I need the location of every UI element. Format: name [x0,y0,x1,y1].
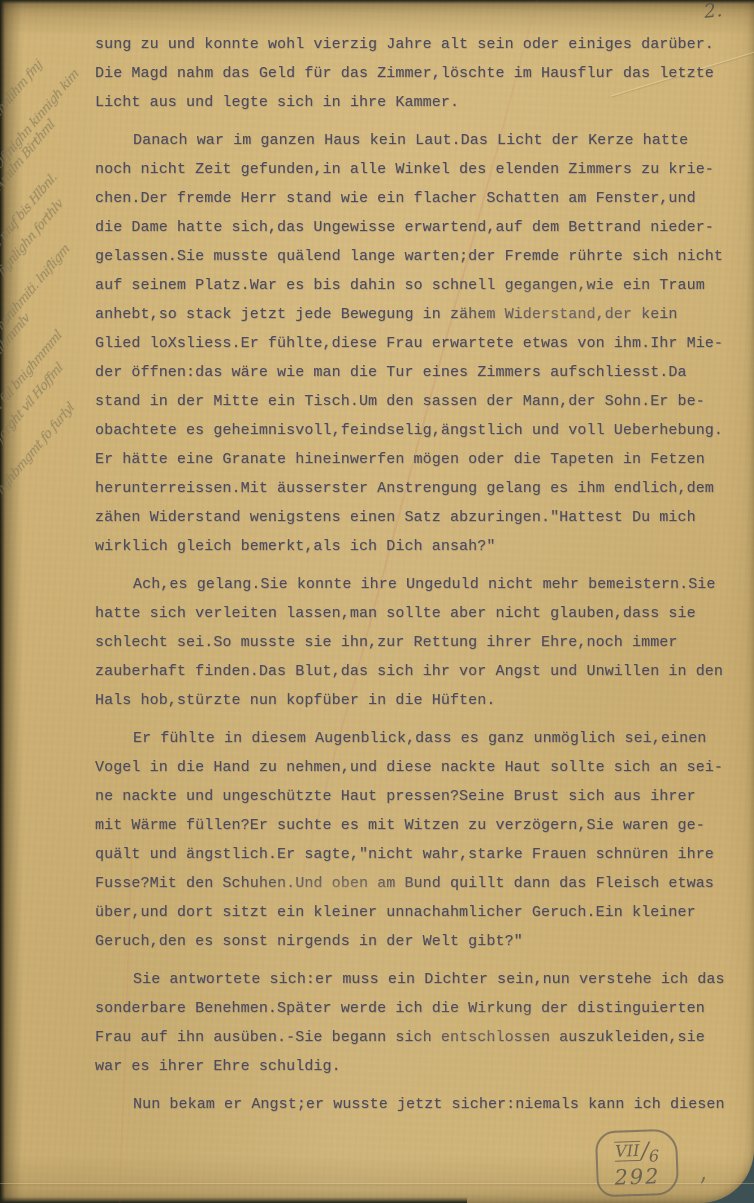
marginalia-line: Offnighn kinnigh kim [0,65,81,172]
marginalia-line: msnihmiti. lnifligm [0,240,72,336]
paragraph: Danach war im ganzen Haus kein Laut.Das … [95,126,751,561]
typescript-line: die Dame hatte sich,das Ungewisse erwart… [95,213,751,242]
paragraph: Nun bekam er Angst;er wusste jetzt siche… [95,1090,751,1119]
paragraph: sung zu und konnte wohl vierzig Jahre al… [95,30,751,117]
typescript-line: Er hätte eine Granate hineinwerfen mögen… [95,445,751,474]
pencil-comma-mark: , [695,1158,708,1187]
typescript-line: mit Wärme füllen?Er suchte es mit Witzen… [95,811,751,840]
typescript-line: über,und dort sitzt ein kleiner unnachah… [95,898,751,927]
typescript-line: Glied loXsliess.Er fühlte,diese Frau erw… [95,329,751,358]
typescript-line: herunterreissen.Mit äusserster Anstrengu… [95,474,751,503]
typescript-line: zähen Widerstand wenigstens einen Satz a… [95,503,751,532]
typescript-line: Frau auf ihn ausüben.-Sie begann sich en… [95,1023,751,1052]
marginalia-line: st muf bis Hlbnl. [0,169,59,254]
typescript-line: Nun bekam er Angst;er wusste jetzt siche… [95,1090,751,1119]
typescript-line: Vogel in die Hand zu nehmen,und diese na… [95,753,751,782]
typescript-line: gelassen.Sie musste quälend lange warten… [95,242,751,271]
typescript-line: Ach,es gelang.Sie konnte ihre Ungeduld n… [95,570,751,599]
archive-stamp: VII/6 292 [595,1129,679,1198]
paragraph: Ach,es gelang.Sie konnte ihre Ungeduld n… [95,570,751,715]
typescript-line: Danach war im ganzen Haus kein Laut.Das … [95,126,751,155]
typescript-line: chen.Der fremde Herr stand wie ein flach… [95,184,751,213]
archive-stamp-fraction: VII/6 [614,1140,660,1166]
typescript-line: anhebt,so stack jetzt jede Bewegung in z… [95,300,751,329]
paper-edge-bottom [0,1197,467,1203]
typescript-line: quält und ängstlich.Er sagte,"nicht wahr… [95,840,751,869]
typescript-line: ne nackte und ungeschützte Haut pressen?… [95,782,751,811]
marginalia-line: m ful bnighmmml [0,327,64,418]
typescript-line: der öffnen:das wäre wie man die Tur eine… [95,358,751,387]
typescript-text: sung zu und konnte wohl vierzig Jahre al… [95,30,751,1128]
typescript-line: Geruch,den es sonst nirgends in der Welt… [95,927,751,956]
typescript-line: wirklich gleich bemerkt,als ich Dich ans… [95,532,751,561]
document-page: 2. Münnlihm fmjOffnighn kinnigh kimdmi A… [0,0,754,1203]
marginalia-line: Mr fignlighn forthlv [0,195,65,295]
typescript-line: schlecht sei.So musste sie ihn,zur Rettu… [95,628,751,657]
scan-background: 2. Münnlihm fmjOffnighn kinnigh kimdmi A… [0,0,754,1203]
typescript-line: auf seinem Platz.War es bis dahin so sch… [95,271,751,300]
typescript-line: hatte sich verleiten lassen,man sollte a… [95,599,751,628]
paper-edge-left [0,0,5,1203]
typescript-line: Licht aus und legte sich in ihre Kammer. [95,88,751,117]
marginalia-line: dmi Amilm Birthml [0,116,57,213]
typescript-line: Die Magd nahm das Geld für das Zimmer,lö… [95,59,751,88]
paper-edge-top [0,0,754,4]
paragraph: Er fühlte in diesem Augenblick,dass es g… [95,724,751,956]
typescript-line: stand in der Mitte ein Tisch.Um den sass… [95,387,751,416]
typescript-line: war es ihrer Ehre schuldig. [95,1052,751,1081]
typescript-line: sung zu und konnte wohl vierzig Jahre al… [95,30,751,59]
typescript-line: Er fühlte in diesem Augenblick,dass es g… [95,724,751,753]
marginalia-line: mghbmgmt fo furlyl [0,399,77,500]
page-number: 2. [703,0,723,23]
marginalia-line: 10 forght vil Hoffml [0,359,65,459]
archive-stamp-number: 292 [614,1166,661,1189]
typescript-line: zauberhaft finden.Das Blut,das sich ihr … [95,657,751,686]
typescript-line: sonderbare Benehmen.Später werde ich die… [95,994,751,1023]
marginalia-line: Münnlihm fmj [0,56,45,131]
typescript-line: Sie antwortete sich:er muss ein Dichter … [95,965,751,994]
archive-stamp-roman: VII [614,1140,641,1161]
paragraph: Sie antwortete sich:er muss ein Dichter … [95,965,751,1081]
archive-stamp-denominator: 6 [649,1148,660,1164]
typescript-line: Fusse?Mit den Schuhen.Und oben am Bund q… [95,869,751,898]
typescript-line: Hals hob,stürzte nun kopfüber in die Hüf… [95,686,751,715]
typescript-line: noch nicht Zeit gefunden,in alle Winkel … [95,155,751,184]
typescript-line: obachtete es geheimnisvoll,feindselig,än… [95,416,751,445]
